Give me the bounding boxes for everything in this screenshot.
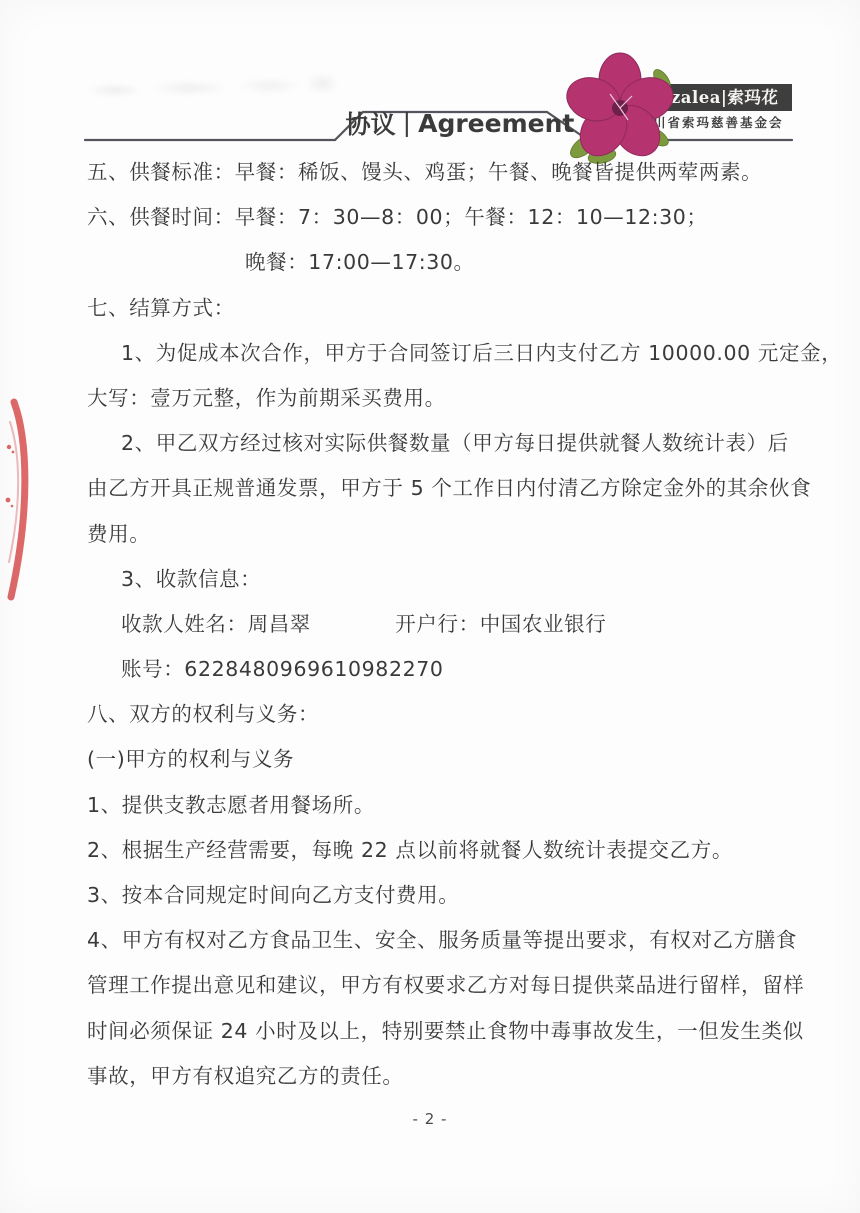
document-line: 1、为促成本次合作，甲方于合同签订后三日内支付乙方 10000.00 元定金， xyxy=(87,331,797,376)
document-line: 事故，甲方有权追究乙方的责任。 xyxy=(87,1054,797,1099)
document-line: 2、根据生产经营需要，每晚 22 点以前将就餐人数统计表提交乙方。 xyxy=(87,828,797,873)
document-line: 七、结算方式： xyxy=(87,286,797,331)
document-line: (一)甲方的权利与义务 xyxy=(87,737,797,782)
document-line: 3、收款信息： xyxy=(87,557,797,602)
document-line: 大写：壹万元整，作为前期采买费用。 xyxy=(87,376,797,421)
document-line: 收款人姓名：周昌翠 开户行：中国农业银行 xyxy=(87,602,797,647)
agreement-title-en: Agreement xyxy=(418,109,574,138)
document-line: 晚餐：17:00—17:30。 xyxy=(87,240,797,285)
document-line: 账号：6228480969610982270 xyxy=(87,647,797,692)
document-body: 五、供餐标准：早餐：稀饭、馒头、鸡蛋；午餐、晚餐皆提供两荤两素。六、供餐时间：早… xyxy=(87,150,797,1099)
document-line: 管理工作提出意见和建议，甲方有权要求乙方对每日提供菜品进行留样，留样 xyxy=(87,963,797,1008)
document-line: 4、甲方有权对乙方食品卫生、安全、服务质量等提出要求，有权对乙方膳食 xyxy=(87,918,797,963)
agreement-banner-title: 协议 | Agreement xyxy=(352,106,568,140)
document-line: 五、供餐标准：早餐：稀饭、馒头、鸡蛋；午餐、晚餐皆提供两荤两素。 xyxy=(87,150,797,195)
document-line: 1、提供支教志愿者用餐场所。 xyxy=(87,783,797,828)
document-line: 费用。 xyxy=(87,512,797,557)
document-line: 时间必须保证 24 小时及以上，特别要禁止食物中毒事故发生，一但发生类似 xyxy=(87,1009,797,1054)
document-line: 八、双方的权利与义务： xyxy=(87,692,797,737)
agreement-title-zh: 协议 xyxy=(346,105,396,141)
document-line: 六、供餐时间：早餐：7：30—8：00；午餐：12：10—12:30； xyxy=(87,195,797,240)
document-line: 由乙方开具正规普通发票，甲方于 5 个工作日内付清乙方除定金外的其余伙食 xyxy=(87,466,797,511)
scanned-agreement-page: 协议 | Agreement Azalea|索玛花 四川省索玛慈善基金会 xyxy=(0,0,860,1213)
document-line: 2、甲乙双方经过核对实际供餐数量（甲方每日提供就餐人数统计表）后 xyxy=(87,421,797,466)
page-number: - 2 - xyxy=(0,1110,860,1128)
document-line: 3、按本合同规定时间向乙方支付费用。 xyxy=(87,873,797,918)
agreement-title-separator: | xyxy=(403,108,411,137)
red-seal-stamp xyxy=(0,392,42,607)
